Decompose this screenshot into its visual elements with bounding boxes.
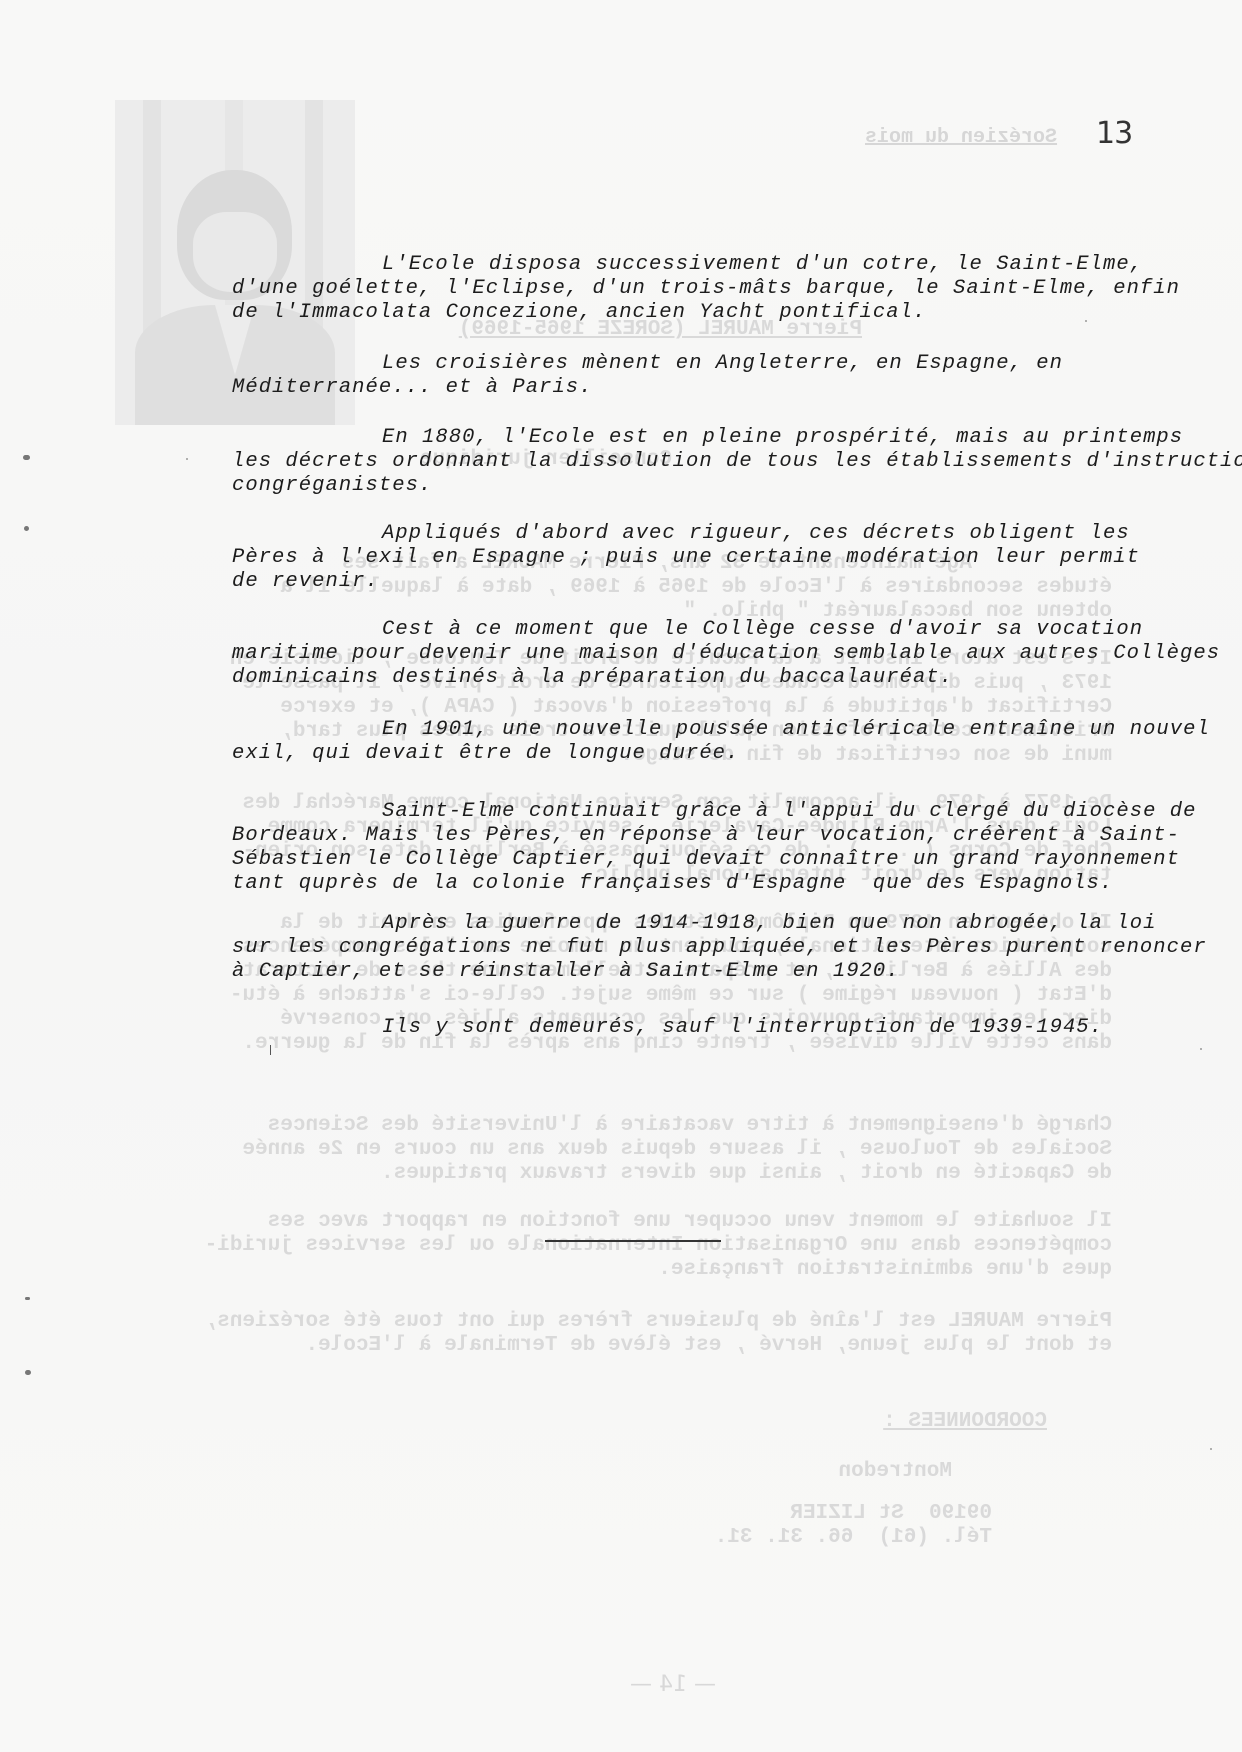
document-body: L'Ecole disposa successivement d'un cotr…: [0, 0, 1242, 1752]
text-line: maritime pour devenir une maison d'éduca…: [232, 642, 1192, 666]
speck: [1210, 1448, 1212, 1450]
text-line: Pères à l'exil en Espagne ; puis une cer…: [232, 546, 1192, 570]
paragraph-p3: En 1880, l'Ecole est en pleine prospérit…: [232, 426, 1192, 498]
margin-punch-mark: [25, 1297, 30, 1300]
text-line: sur les congrégations ne fut plus appliq…: [232, 936, 1192, 960]
text-line: d'une goélette, l'Eclipse, d'un trois-mâ…: [232, 277, 1192, 301]
speck: [186, 458, 188, 460]
text-line: Cest à ce moment que le Collège cesse d'…: [232, 618, 1192, 642]
text-line: En 1880, l'Ecole est en pleine prospérit…: [232, 426, 1192, 450]
margin-punch-mark: [24, 526, 29, 531]
stray-rule-mark: [545, 1240, 721, 1242]
text-line: Ils y sont demeurés, sauf l'interruption…: [232, 1016, 1192, 1040]
speck: [1085, 320, 1087, 322]
bleed-through-footer: — 14 —: [630, 1672, 716, 1697]
text-line: à Captier, et se réinstaller à Saint-Elm…: [232, 960, 1192, 984]
text-line: En 1901, une nouvelle poussée anticléric…: [232, 718, 1192, 742]
text-line: Appliqués d'abord avec rigueur, ces décr…: [232, 522, 1192, 546]
paragraph-p8: Après la guerre de 1914-1918, bien que n…: [232, 912, 1192, 984]
paragraph-p5: Cest à ce moment que le Collège cesse d'…: [232, 618, 1192, 690]
text-line: L'Ecole disposa successivement d'un cotr…: [232, 253, 1192, 277]
text-line: Les croisières mènent en Angleterre, en …: [232, 352, 1192, 376]
stray-tick-mark: [270, 1045, 271, 1055]
text-line: Méditerranée... et à Paris.: [232, 376, 1192, 400]
speck: [1200, 1048, 1202, 1050]
paragraph-p4: Appliqués d'abord avec rigueur, ces décr…: [232, 522, 1192, 594]
text-line: de revenir.: [232, 570, 1192, 594]
text-line: tant quprès de la colonie françaises d'E…: [232, 872, 1192, 896]
paragraph-p9: Ils y sont demeurés, sauf l'interruption…: [232, 1016, 1192, 1040]
margin-punch-mark: [25, 1370, 31, 1375]
text-line: Bordeaux. Mais les Pères, en réponse à l…: [232, 824, 1192, 848]
text-line: congréganistes.: [232, 474, 1192, 498]
text-line: Saint-Elme continuait grâce à l'appui du…: [232, 800, 1192, 824]
text-line: exil, qui devait être de longue durée.: [232, 742, 1192, 766]
text-line: dominicains destinés à la préparation du…: [232, 666, 1192, 690]
paragraph-p6: En 1901, une nouvelle poussée anticléric…: [232, 718, 1192, 766]
text-line: Sébastien le Collège Captier, qui devait…: [232, 848, 1192, 872]
text-line: de l'Immacolata Concezione, ancien Yacht…: [232, 301, 1192, 325]
paragraph-p2: Les croisières mènent en Angleterre, en …: [232, 352, 1192, 400]
paragraph-p1: L'Ecole disposa successivement d'un cotr…: [232, 253, 1192, 325]
text-line: les décrets ordonnant la dissolution de …: [232, 450, 1192, 474]
margin-punch-mark: [23, 455, 30, 460]
scanned-page: Pierre MAUREL (SOREZE 1965-1969)Conseill…: [0, 0, 1242, 1752]
paragraph-p7: Saint-Elme continuait grâce à l'appui du…: [232, 800, 1192, 896]
text-line: Après la guerre de 1914-1918, bien que n…: [232, 912, 1192, 936]
